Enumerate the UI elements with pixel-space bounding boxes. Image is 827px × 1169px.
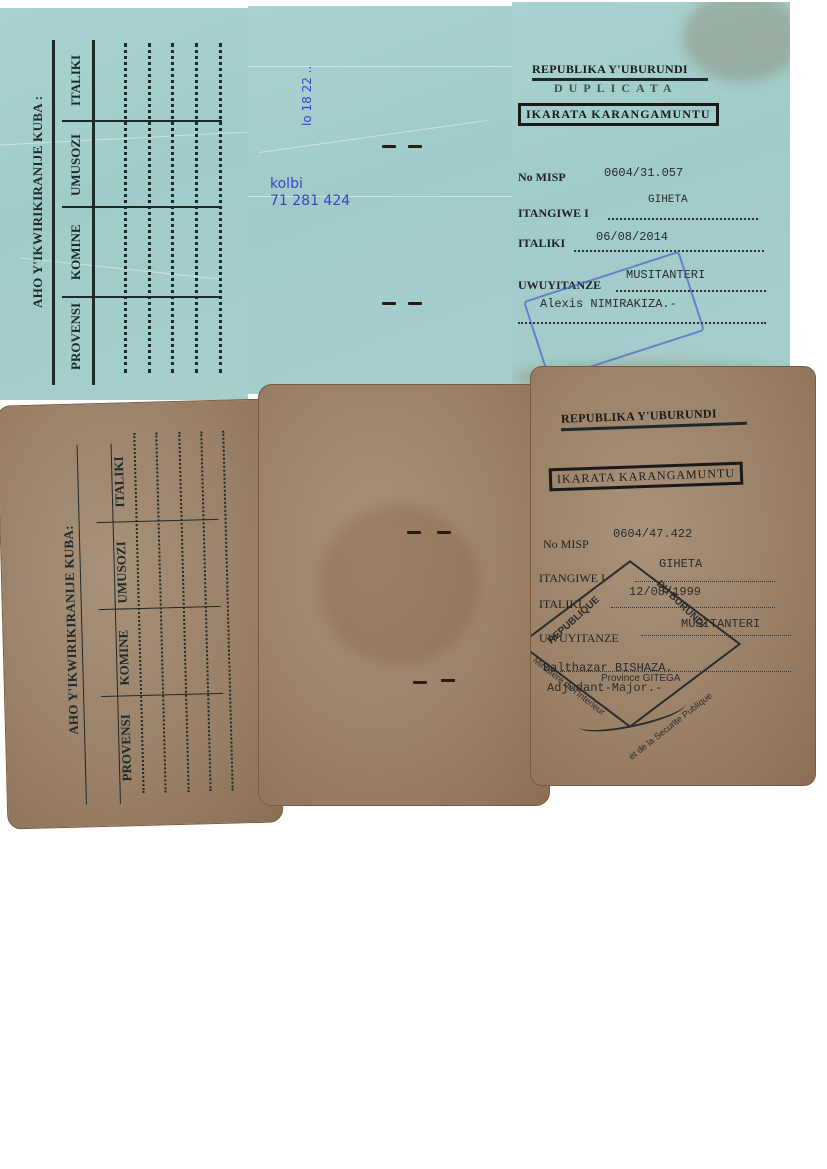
column-umusozi: UMUSOZI bbox=[113, 541, 131, 604]
bottom-card-back-page: AHO Y'IKWIRIKIRANIJE KUBA: PROVENSI KOMI… bbox=[0, 398, 284, 829]
bottom-card-middle-page bbox=[258, 384, 550, 806]
number-label: No MISP bbox=[518, 170, 566, 185]
column-italiki: ITALIKI bbox=[111, 456, 128, 507]
stamp-middle: Province GITEGA bbox=[601, 673, 680, 684]
card-title: IKARATA KARANGAMUNTU bbox=[549, 462, 744, 492]
issued-at-value: GIHETA bbox=[648, 194, 688, 206]
handwritten-name: kolbi bbox=[270, 176, 303, 192]
issued-at-label: ITANGIWE I bbox=[518, 206, 589, 221]
number-label: No MISP bbox=[543, 537, 589, 552]
column-umusozi: UMUSOZI bbox=[68, 134, 84, 196]
duplicate-label: DUPLICATA bbox=[554, 81, 678, 96]
column-provensi: PROVENSI bbox=[118, 714, 136, 782]
top-card-front-page: REPUBLIKA Y'UBURUNDI DUPLICATA IKARATA K… bbox=[512, 2, 790, 384]
column-komine: KOMINE bbox=[115, 630, 132, 686]
top-card-middle-page: lo 18 22 .. kolbi 71 281 424 bbox=[248, 6, 516, 394]
date-value: 06/08/2014 bbox=[596, 230, 668, 244]
number-value: 0604/31.057 bbox=[604, 166, 683, 180]
card-title: IKARATA KARANGAMUNTU bbox=[518, 103, 719, 126]
issued-at-label: ITANGIWE I bbox=[539, 571, 605, 586]
column-provensi: PROVENSI bbox=[68, 303, 84, 370]
number-value: 0604/47.422 bbox=[613, 527, 692, 541]
handwritten-note: lo 18 22 .. bbox=[300, 66, 314, 126]
column-komine: KOMINE bbox=[68, 224, 84, 280]
handwritten-number: 71 281 424 bbox=[270, 193, 350, 209]
column-italiki: ITALIKI bbox=[68, 55, 84, 106]
republic-header: REPUBLIKA Y'UBURUNDI bbox=[532, 62, 688, 77]
top-card-back-page: AHO Y'IKWIRIKIRANIJE KUBA : PROVENSI KOM… bbox=[0, 8, 248, 400]
issued-at-value: GIHETA bbox=[659, 557, 702, 571]
back-page-title: AHO Y'IKWIRIKIRANIJE KUBA : bbox=[30, 96, 46, 308]
date-label: ITALIKI bbox=[518, 236, 565, 251]
bottom-card-front-page: REPUBLIKA Y'UBURUNDI IKARATA KARANGAMUNT… bbox=[530, 366, 816, 786]
